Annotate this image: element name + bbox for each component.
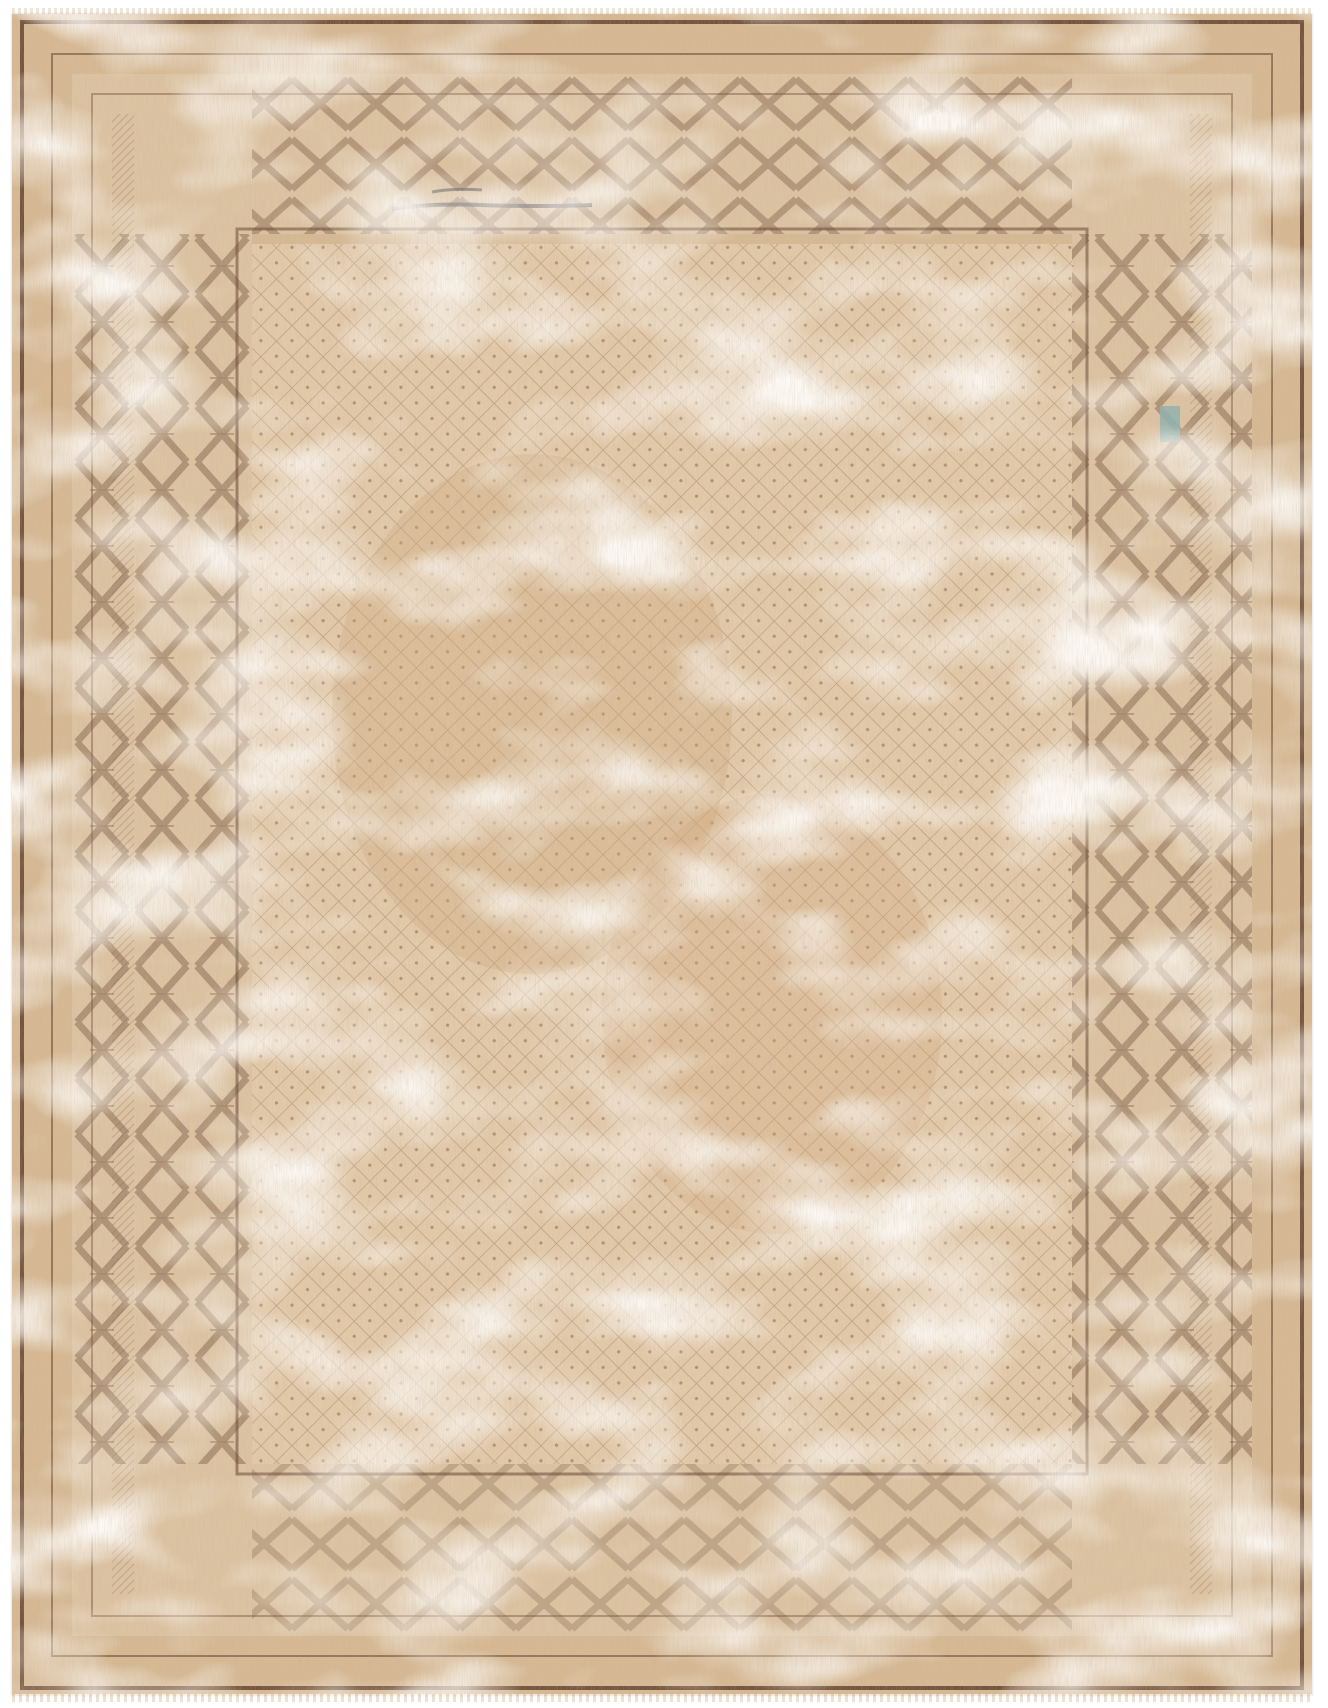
bottom-fringe: [12, 1694, 1312, 1702]
rug-artwork: [12, 14, 1312, 1696]
rug: [12, 14, 1312, 1696]
